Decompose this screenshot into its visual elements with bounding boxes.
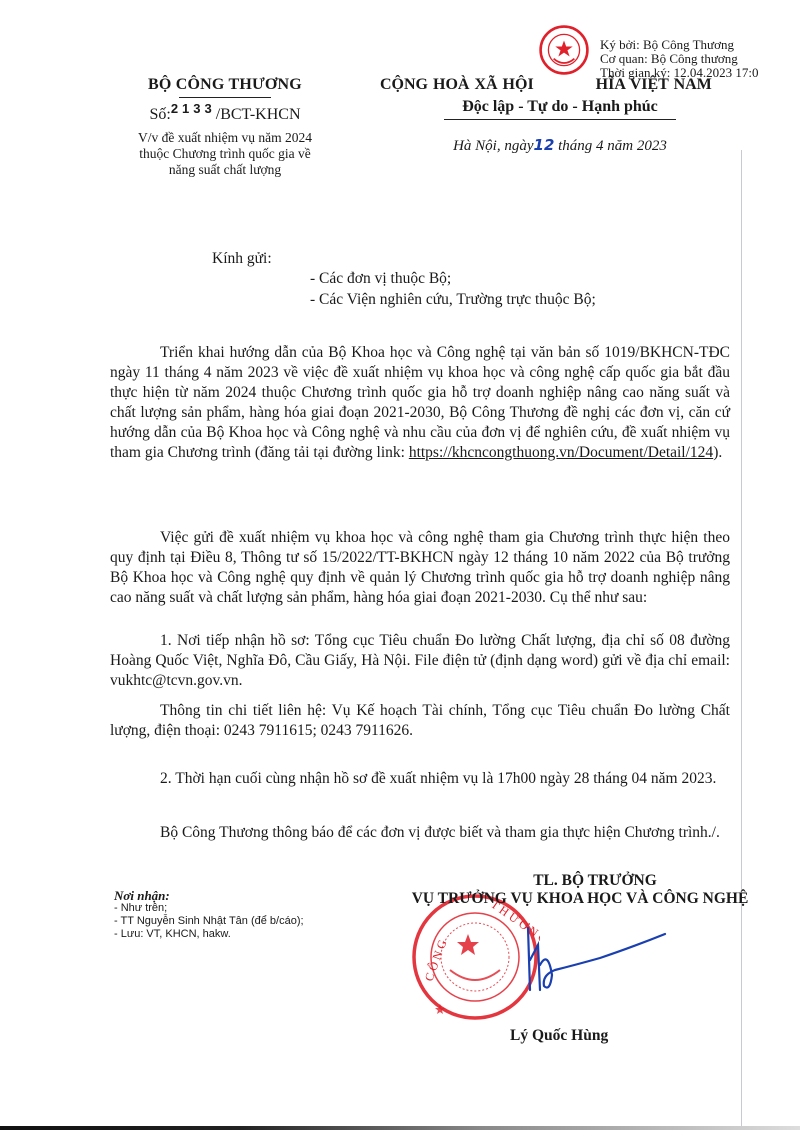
ministry-name: BỘ CÔNG THƯƠNG: [100, 76, 350, 94]
body-item-1: 1. Nơi tiếp nhận hồ sơ: Tổng cục Tiêu ch…: [110, 631, 730, 691]
signer-title: VỤ TRƯỞNG VỤ KHOA HỌC VÀ CÔNG NGHỆ: [365, 890, 795, 908]
issuer-header: BỘ CÔNG THƯƠNG Số:2133/BCT-KHCN V/v đề x…: [100, 76, 350, 178]
document-number: Số:2133/BCT-KHCN: [100, 106, 350, 124]
subject-line: năng suất chất lượng: [100, 162, 350, 178]
handwritten-day: 12: [534, 136, 555, 154]
signing-agency: Cơ quan: Bộ Công thương: [600, 52, 759, 66]
distribution-item: - TT Nguyễn Sinh Nhật Tân (để b/cáo);: [114, 915, 304, 928]
recipient-item: - Các đơn vị thuộc Bộ;: [310, 270, 451, 288]
body-closing: Bộ Công Thương thông báo để các đơn vị đ…: [110, 823, 730, 843]
distribution-list: Nơi nhận: - Như trên; - TT Nguyễn Sinh N…: [114, 889, 304, 941]
signed-by: Ký bởi: Bộ Công Thương: [600, 38, 759, 52]
signature-block: TL. BỘ TRƯỞNG VỤ TRƯỞNG VỤ KHOA HỌC VÀ C…: [395, 872, 795, 908]
svg-text:C Ô N G: C Ô N G: [422, 938, 450, 984]
paragraph-text: 1. Nơi tiếp nhận hồ sơ: Tổng cục Tiêu ch…: [110, 631, 730, 691]
subject-line: thuộc Chương trình quốc gia về: [100, 146, 350, 162]
national-motto: Độc lập - Tự do - Hạnh phúc: [370, 98, 750, 116]
paragraph-text: Thông tin chi tiết liên hệ: Vụ Kế hoạch …: [110, 701, 730, 741]
signer-authority: TL. BỘ TRƯỞNG: [395, 872, 795, 890]
subject-line: V/v đề xuất nhiệm vụ năm 2024: [100, 130, 350, 146]
program-link[interactable]: https://khcncongthuong.vn/Document/Detai…: [409, 444, 713, 461]
motto-underline: [444, 119, 676, 120]
paragraph-text: Việc gửi đề xuất nhiệm vụ khoa học và cô…: [110, 528, 730, 608]
recipients-label: Kính gửi:: [212, 250, 272, 268]
body-paragraph-2: Việc gửi đề xuất nhiệm vụ khoa học và cô…: [110, 528, 730, 608]
distribution-title: Nơi nhận:: [114, 889, 304, 902]
doc-number-suffix: /BCT-KHCN: [216, 106, 301, 123]
page-bottom-edge: [0, 1126, 800, 1130]
ministry-underline: [179, 97, 271, 98]
document-subject: V/v đề xuất nhiệm vụ năm 2024 thuộc Chươ…: [100, 130, 350, 178]
digital-seal-icon: [538, 24, 590, 76]
recipient-item: - Các Viện nghiên cứu, Trường trực thuộc…: [310, 291, 596, 309]
place-date-suffix: tháng 4 năm 2023: [554, 138, 667, 154]
body-paragraph-1: Triển khai hướng dẫn của Bộ Khoa học và …: [110, 343, 730, 463]
country-name-part1: CỘNG HOÀ XÃ HỘI: [380, 76, 534, 93]
national-header: CỘNG HOÀ XÃ HỘIHĨA VIỆT NAM Độc lập - Tự…: [370, 76, 750, 155]
body-item-2: 2. Thời hạn cuối cùng nhận hồ sơ đề xuất…: [110, 769, 730, 789]
distribution-item: - Lưu: VT, KHCN, hakw.: [114, 928, 304, 941]
signing-time: Thời gian ký: 12.04.2023 17:0: [600, 66, 759, 80]
place-date: Hà Nội, ngày12 tháng 4 năm 2023: [370, 136, 750, 155]
place-date-prefix: Hà Nội, ngày: [453, 138, 533, 154]
doc-number-handwritten: 2133: [171, 101, 216, 116]
distribution-item: - Như trên;: [114, 902, 304, 915]
page-edge-rule: [741, 150, 742, 1130]
paragraph-text: 2. Thời hạn cuối cùng nhận hồ sơ đề xuất…: [110, 769, 730, 789]
link-close: ).: [713, 444, 722, 461]
handwritten-signature: [520, 920, 670, 1000]
signer-name: Lý Quốc Hùng: [510, 1027, 608, 1045]
body-contact: Thông tin chi tiết liên hệ: Vụ Kế hoạch …: [110, 701, 730, 741]
paragraph-text: Bộ Công Thương thông báo để các đơn vị đ…: [110, 823, 730, 843]
digital-signature-info: Ký bởi: Bộ Công Thương Cơ quan: Bộ Công …: [600, 38, 759, 80]
doc-number-prefix: Số:: [149, 106, 170, 123]
